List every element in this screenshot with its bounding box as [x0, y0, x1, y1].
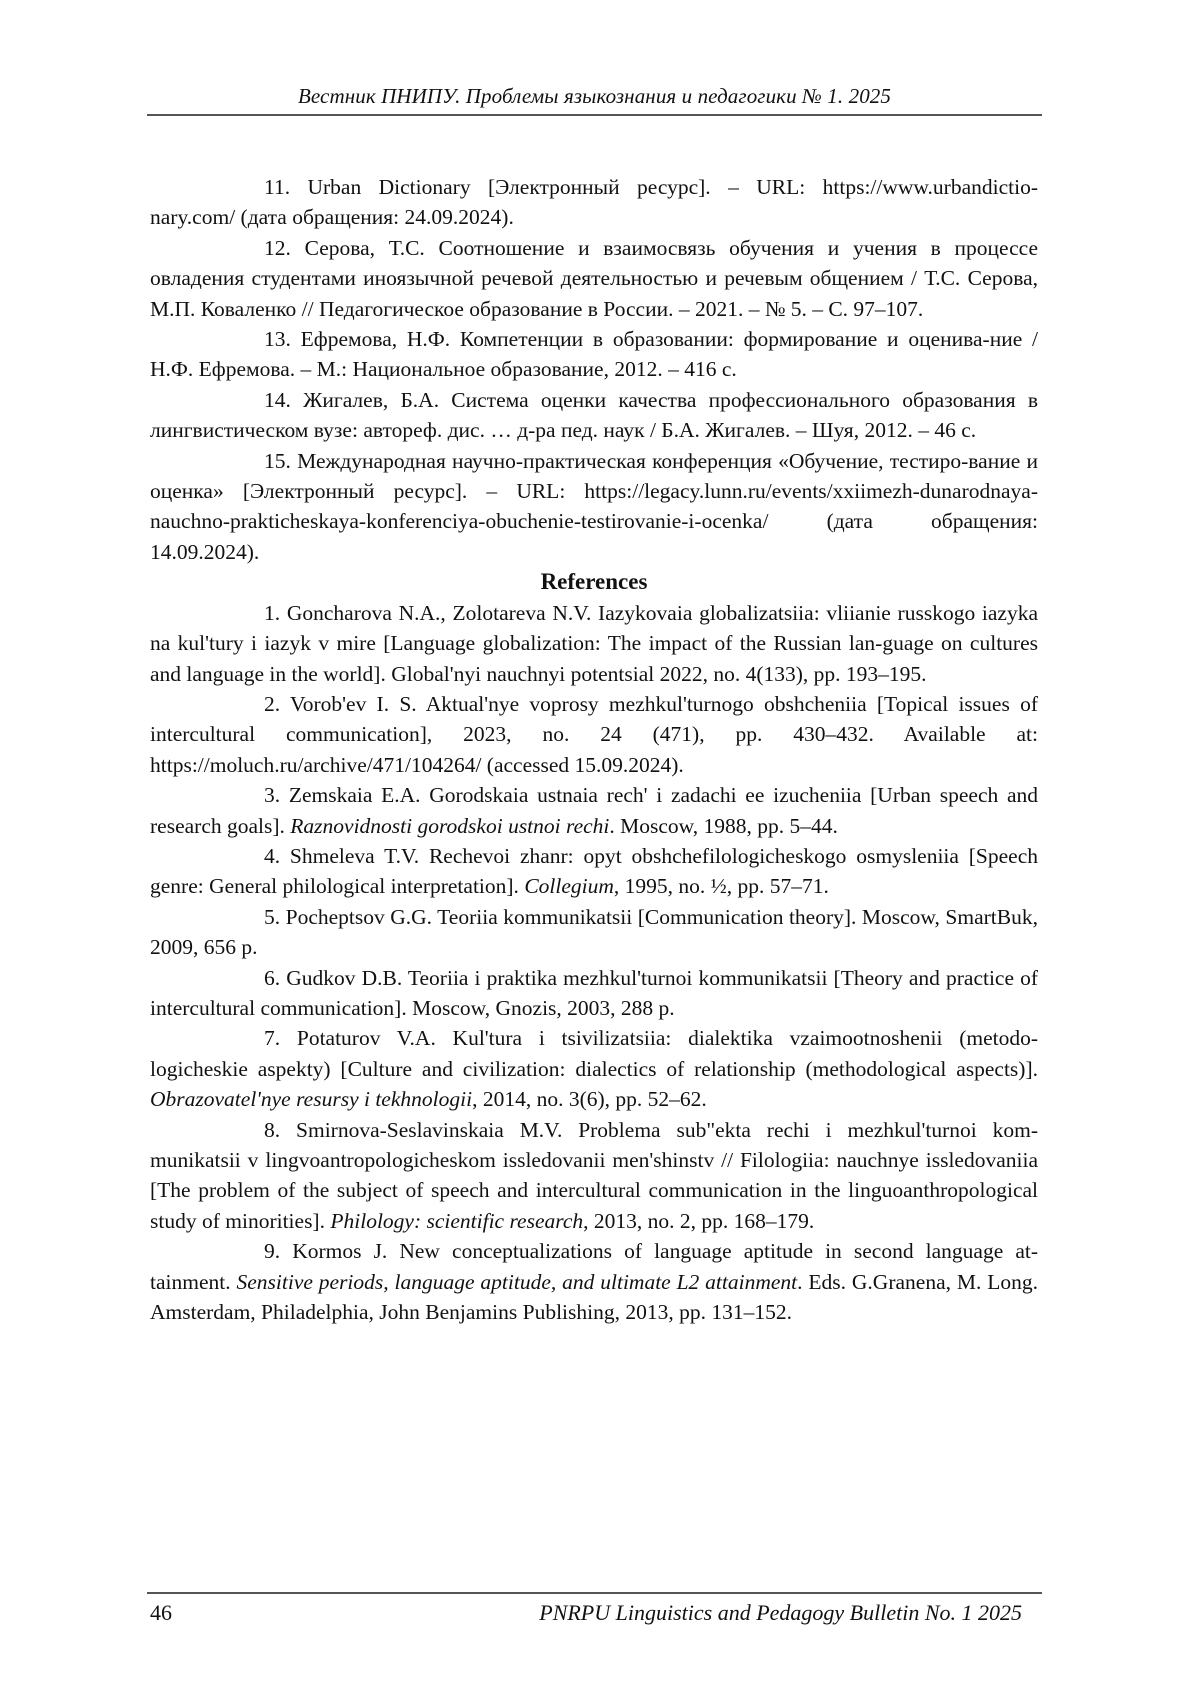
reference-item: 5. Pocheptsov G.G. Teoriia kommunikatsii… — [150, 902, 1038, 963]
reference-text-tail: , 2014, no. 3(6), pp. 52–62. — [472, 1087, 707, 1111]
reference-number: 9. — [207, 1236, 280, 1266]
reference-source-italic: Philology: scientific research — [330, 1209, 583, 1233]
reference-source-italic: Raznovidnosti gorodskoi ustnoi rechi — [290, 814, 609, 838]
reference-text: Gudkov D.B. Teoriia i praktika mezhkul't… — [150, 966, 1038, 1020]
english-reference-list: 1. Goncharova N.A., Zolotareva N.V. Iazy… — [150, 598, 1038, 1328]
reference-number: 7. — [207, 1023, 280, 1053]
footer-divider — [147, 1592, 1042, 1594]
reference-item: 6. Gudkov D.B. Teoriia i praktika mezhku… — [150, 963, 1038, 1024]
reference-number: 8. — [207, 1115, 280, 1145]
page-number: 46 — [150, 1600, 172, 1626]
reference-number: 13. — [207, 324, 291, 354]
reference-text: Pocheptsov G.G. Teoriia kommunikatsii [C… — [150, 905, 1038, 959]
reference-number: 6. — [207, 963, 280, 993]
russian-reference-list: 11. Urban Dictionary [Электронный ресурс… — [150, 172, 1038, 567]
reference-item: 13. Ефремова, Н.Ф. Компетенции в образов… — [150, 324, 1038, 385]
reference-item: 1. Goncharova N.A., Zolotareva N.V. Iazy… — [150, 598, 1038, 689]
reference-number: 1. — [207, 598, 280, 628]
reference-text: Goncharova N.A., Zolotareva N.V. Iazykov… — [150, 601, 1038, 686]
reference-item: 4. Shmeleva T.V. Rechevoi zhanr: opyt ob… — [150, 841, 1038, 902]
reference-number: 5. — [207, 902, 280, 932]
reference-text: Vorob'ev I. S. Aktual'nye voprosy mezhku… — [150, 692, 1038, 777]
reference-number: 12. — [207, 233, 291, 263]
reference-item: 7. Potaturov V.A. Kul'tura i tsivilizats… — [150, 1023, 1038, 1114]
footer-journal-title: PNRPU Linguistics and Pedagogy Bulletin … — [539, 1600, 1022, 1626]
reference-source-italic: Obrazovatel'nye resursy i tekhnologii — [150, 1087, 472, 1111]
reference-text-tail: , 2013, no. 2, pp. 168–179. — [583, 1209, 814, 1233]
reference-number: 14. — [207, 385, 291, 415]
reference-item: 8. Smirnova-Seslavinskaia M.V. Problema … — [150, 1115, 1038, 1237]
reference-item: 3. Zemskaia E.A. Gorodskaia ustnaia rech… — [150, 780, 1038, 841]
header-divider — [147, 114, 1042, 116]
reference-source-italic: Collegium — [524, 874, 614, 898]
reference-text-tail: , 1995, no. ½, pp. 57–71. — [614, 874, 829, 898]
reference-number: 11. — [207, 172, 290, 202]
reference-number: 2. — [207, 689, 280, 719]
reference-item: 15. Международная научно-практическая ко… — [150, 446, 1038, 568]
references-heading: References — [150, 567, 1038, 597]
reference-source-italic: Sensitive periods, language aptitude, an… — [236, 1270, 797, 1294]
reference-number: 4. — [207, 841, 280, 871]
reference-item: 12. Серова, Т.С. Соотношение и взаимосвя… — [150, 233, 1038, 324]
reference-item: 2. Vorob'ev I. S. Aktual'nye voprosy mez… — [150, 689, 1038, 780]
reference-number: 15. — [207, 446, 291, 476]
reference-item: 11. Urban Dictionary [Электронный ресурс… — [150, 172, 1038, 233]
reference-item: 14. Жигалев, Б.А. Система оценки качеств… — [150, 385, 1038, 446]
reference-text-tail: . Moscow, 1988, pp. 5–44. — [609, 814, 838, 838]
reference-text: Potaturov V.A. Kul'tura i tsivilizatsiia… — [150, 1026, 1038, 1080]
running-header: Вестник ПНИПУ. Проблемы языкознания и пе… — [147, 84, 1042, 109]
reference-number: 3. — [207, 780, 280, 810]
page-content: 11. Urban Dictionary [Электронный ресурс… — [150, 172, 1038, 1327]
reference-item: 9. Kormos J. New conceptualizations of l… — [150, 1236, 1038, 1327]
